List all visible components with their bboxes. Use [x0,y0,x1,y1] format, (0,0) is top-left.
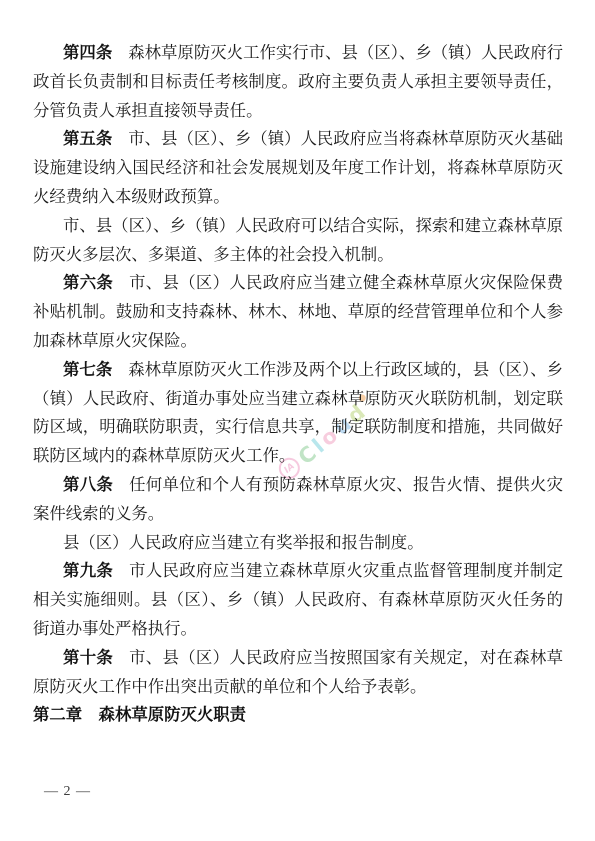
article-text: 市、县（区）、乡（镇）人民政府应当将森林草原防灭火基础设施建设纳入国民经济和社会… [33,129,563,206]
article-paragraph: 第十条市、县（区）人民政府应当按照国家有关规定，对在森林草原防灭火工作中作出突出… [33,644,563,702]
article-number: 第六条 [63,273,113,292]
article-paragraph: 市、县（区）、乡（镇）人民政府可以结合实际，探索和建立森林草原防灭火多层次、多渠… [33,212,563,270]
article-number: 第九条 [63,561,113,580]
article-paragraph: 第八条任何单位和个人有预防森林草原火灾、报告火情、提供火灾案件线索的义务。 [33,471,563,529]
chapter-heading: 第二章 森林草原防灭火职责 [33,701,563,730]
article-text: 森林草原防灭火工作实行市、县（区）、乡（镇）人民政府行政首长负责制和目标责任考核… [33,43,563,120]
article-paragraph: 第五条市、县（区）、乡（镇）人民政府应当将森林草原防灭火基础设施建设纳入国民经济… [33,125,563,211]
article-number: 第四条 [63,43,112,62]
document-body: 第四条森林草原防灭火工作实行市、县（区）、乡（镇）人民政府行政首长负责制和目标责… [33,0,563,730]
article-text: 市、县（区）、乡（镇）人民政府可以结合实际，探索和建立森林草原防灭火多层次、多渠… [33,216,563,264]
article-paragraph: 第四条森林草原防灭火工作实行市、县（区）、乡（镇）人民政府行政首长负责制和目标责… [33,39,563,125]
article-number: 第七条 [63,360,112,379]
document-page: IA Cloud 第四条森林草原防灭火工作实行市、县（区）、乡（镇）人民政府行政… [0,0,595,841]
article-number: 第五条 [63,129,112,148]
article-text: 森林草原防灭火工作涉及两个以上行政区域的，县（区）、乡（镇）人民政府、街道办事处… [33,360,563,465]
article-paragraph: 第七条森林草原防灭火工作涉及两个以上行政区域的，县（区）、乡（镇）人民政府、街道… [33,356,563,471]
article-text: 县（区）人民政府应当建立有奖举报和报告制度。 [63,533,424,552]
article-number: 第十条 [63,648,113,667]
article-paragraph: 县（区）人民政府应当建立有奖举报和报告制度。 [33,529,563,558]
article-paragraph: 第九条市人民政府应当建立森林草原火灾重点监督管理制度并制定相关实施细则。县（区）… [33,557,563,643]
article-paragraph: 第六条市、县（区）人民政府应当建立健全森林草原火灾保险保费补贴机制。鼓励和支持森… [33,269,563,355]
page-number: — 2 — [44,784,91,800]
article-number: 第八条 [63,475,113,494]
